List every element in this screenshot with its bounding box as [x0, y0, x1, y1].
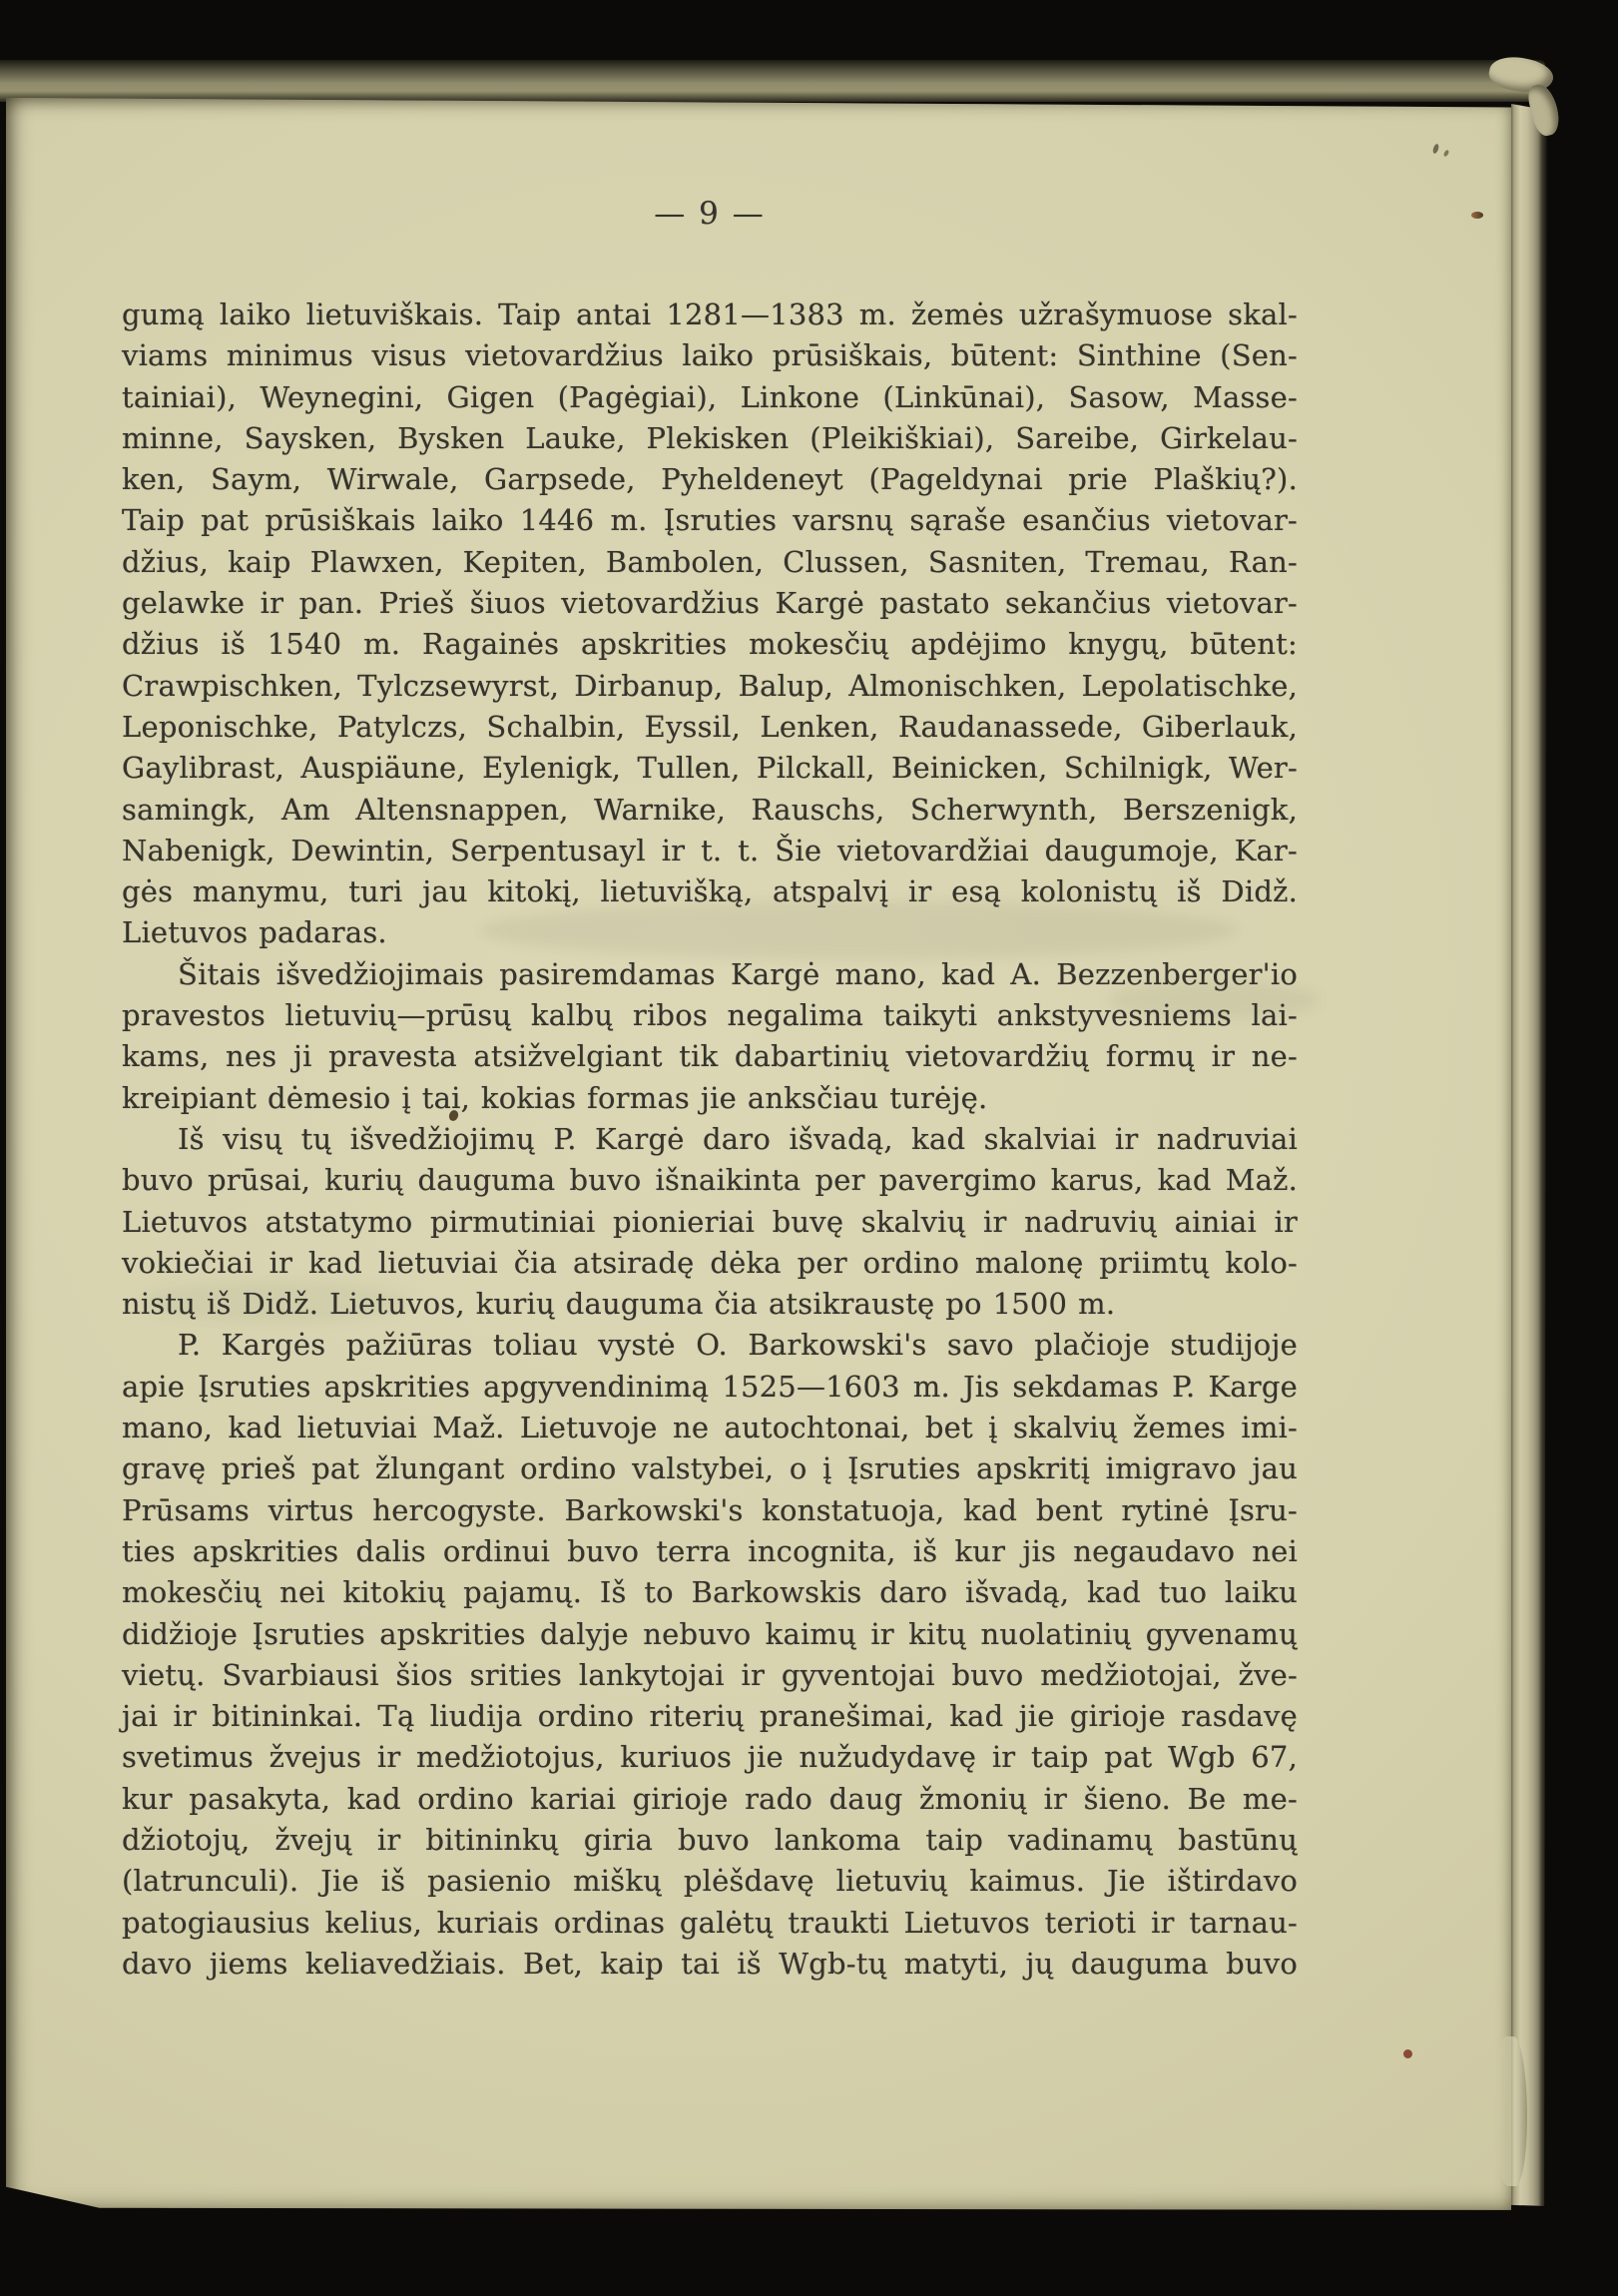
text-line: minne, Saysken, Bysken Lauke, Plekisken … [122, 418, 1298, 459]
text-line: gravę prieš pat žlungant ordino valstybe… [122, 1448, 1298, 1489]
text-line: džius iš 1540 m. Ragainės apskrities mok… [122, 624, 1298, 665]
body-text: gumą laiko lietuviškais. Taip antai 1281… [122, 294, 1298, 1985]
text-line: Leponischke, Patylczs, Schalbin, Eyssil,… [122, 707, 1298, 748]
text-line: gumą laiko lietuviškais. Taip antai 1281… [122, 294, 1298, 335]
text-line: Šitais išvedžiojimais pasiremdamas Kargė… [122, 954, 1298, 995]
text-line: mano, kad lietuviai Maž. Lietuvoje ne au… [122, 1408, 1298, 1448]
text-line: patogiausius kelius, kuriais ordinas gal… [122, 1903, 1298, 1944]
text-line: kams, nes ji pravesta atsižvelgiant tik … [122, 1036, 1298, 1077]
text-line: kreipiant dėmesio į tai, kokias formas j… [122, 1078, 1298, 1119]
text-line: Iš visų tų išvedžiojimų P. Kargė daro iš… [122, 1119, 1298, 1160]
text-line: samingk, Am Altensnappen, Warnike, Rausc… [122, 790, 1298, 831]
text-line: buvo prūsai, kurių dauguma buvo išnaikin… [122, 1160, 1298, 1201]
text-line: gės manymu, turi jau kitokį, lietuvišką,… [122, 871, 1298, 912]
text-line: Lietuvos atstatymo pirmutiniai pionieria… [122, 1202, 1298, 1243]
text-line: vietų. Svarbiausi šios srities lankytoja… [122, 1655, 1298, 1696]
text-line: jai ir bitininkai. Tą liudija ordino rit… [122, 1696, 1298, 1737]
text-line: džius, kaip Plawxen, Kepiten, Bambolen, … [122, 542, 1298, 583]
text-line: P. Kargės pažiūras toliau vystė O. Barko… [122, 1325, 1298, 1366]
text-line: mokesčių nei kitokių pajamų. Iš to Barko… [122, 1572, 1298, 1613]
text-line: tainiai), Weynegini, Gigen (Pagėgiai), L… [122, 377, 1298, 418]
text-line: Prūsams virtus hercogyste. Barkowski's k… [122, 1490, 1298, 1531]
text-line: Crawpischken, Tylczsewyrst, Dirbanup, Ba… [122, 666, 1298, 707]
text-line: svetimus žvejus ir medžiotojus, kuriuos … [122, 1737, 1298, 1778]
page-number: — 9 — [122, 196, 1298, 232]
book-scan: — 9 — gumą laiko lietuviškais. Taip anta… [0, 0, 1618, 2296]
text-line: Taip pat prūsiškais laiko 1446 m. Įsruti… [122, 500, 1298, 541]
text-line: vokiečiai ir kad lietuviai čia atsiradę … [122, 1243, 1298, 1284]
text-line: apie Įsruties apskrities apgyvendinimą 1… [122, 1367, 1298, 1408]
text-line: Lietuvos padaras. [122, 912, 1298, 953]
text-line: Nabenigk, Dewintin, Serpentusayl ir t. t… [122, 831, 1298, 871]
page-content: — 9 — gumą laiko lietuviškais. Taip anta… [0, 0, 1618, 2296]
text-line: davo jiems keliavedžiais. Bet, kaip tai … [122, 1944, 1298, 1985]
text-line: didžioje Įsruties apskrities dalyje nebu… [122, 1614, 1298, 1655]
text-line: ties apskrities dalis ordinui buvo terra… [122, 1531, 1298, 1572]
text-line: Gaylibrast, Auspiäune, Eylenigk, Tullen,… [122, 748, 1298, 789]
text-line: nistų iš Didž. Lietuvos, kurių dauguma č… [122, 1284, 1298, 1325]
text-line: gelawke ir pan. Prieš šiuos vietovardžiu… [122, 583, 1298, 624]
text-line: džiotojų, žvejų ir bitininkų giria buvo … [122, 1820, 1298, 1861]
text-line: (latrunculi). Jie iš pasienio miškų plėš… [122, 1861, 1298, 1902]
text-line: ken, Saym, Wirwale, Garpsede, Pyheldeney… [122, 459, 1298, 500]
text-line: pravestos lietuvių—prūsų kalbų ribos neg… [122, 995, 1298, 1036]
text-line: kur pasakyta, kad ordino kariai girioje … [122, 1779, 1298, 1820]
text-line: viams minimus visus vietovardžius laiko … [122, 335, 1298, 376]
